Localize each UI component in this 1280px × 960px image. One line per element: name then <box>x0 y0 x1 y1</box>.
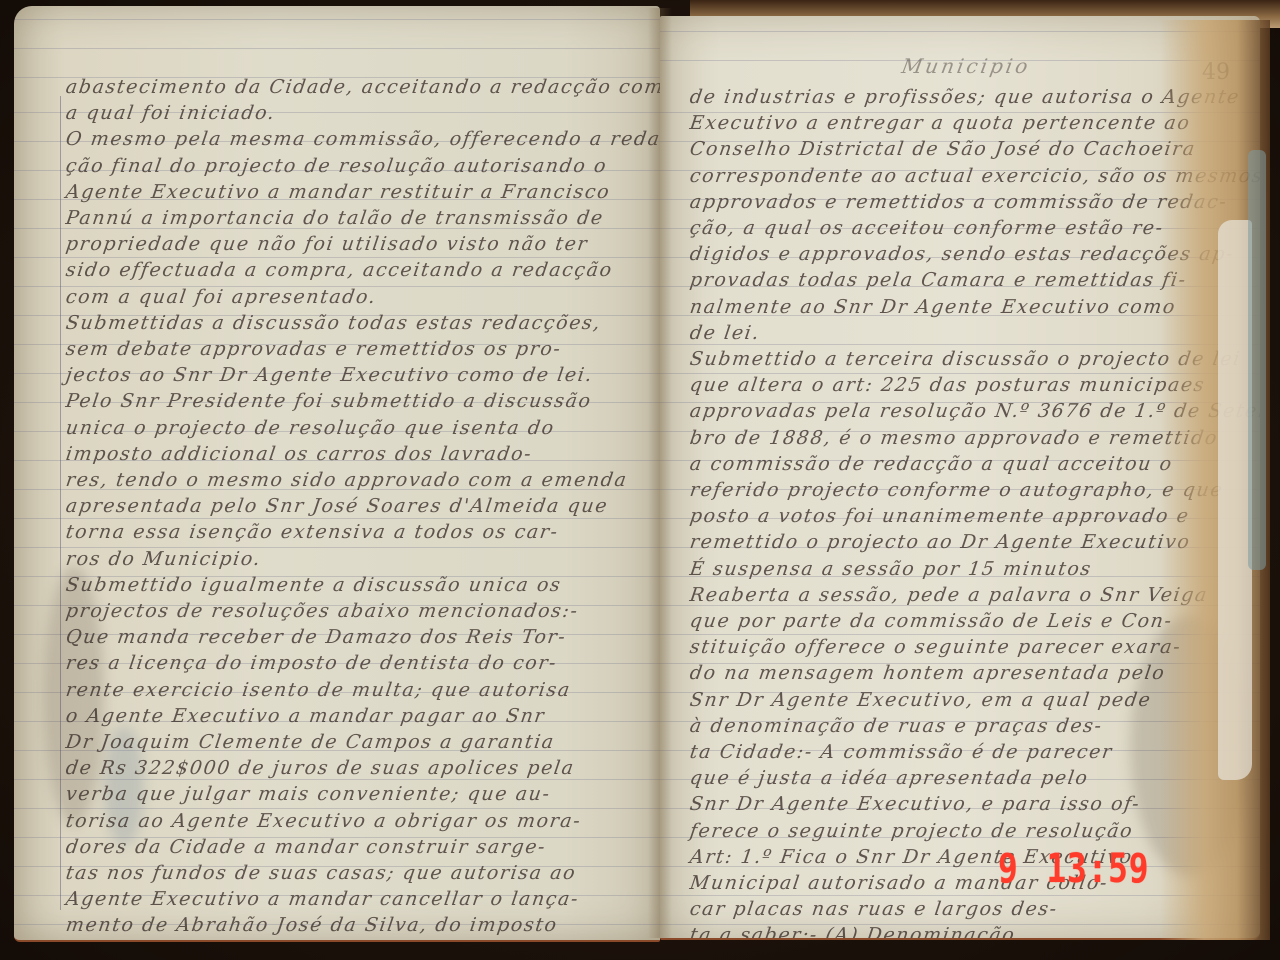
camera-timestamp: 913:59 <box>998 846 1149 892</box>
handwritten-line: de Rs 322$000 de juros de suas apolices … <box>64 757 576 779</box>
handwritten-line: bro de 1888, é o mesmo approvado e remet… <box>688 427 1219 449</box>
handwritten-line: ta a saber:- (A) Denominação <box>688 924 1016 940</box>
handwritten-line: Snr Dr Agente Executivo, e para isso of- <box>688 793 1141 815</box>
handwritten-line: stituição offerece o seguinte parecer ex… <box>688 636 1182 658</box>
book-spine <box>648 8 672 938</box>
blue-underlayer <box>1248 150 1266 570</box>
handwritten-line: do na mensagem hontem apresentada pelo <box>688 662 1166 684</box>
handwritten-line: com a qual foi apresentado. <box>64 286 378 308</box>
handwritten-line: que é justa a idéa apresentada pelo <box>688 767 1090 789</box>
handwritten-line: Pelo Snr Presidente foi submettido a dis… <box>64 390 593 412</box>
handwritten-line: Que manda receber de Damazo dos Reis Tor… <box>64 626 567 648</box>
handwritten-line: Submettidas a discussão todas estas reda… <box>64 312 602 334</box>
handwritten-line: a commissão de redacção a qual acceitou … <box>688 453 1174 475</box>
torn-paper-edge <box>1218 220 1252 780</box>
handwritten-line: projectos de resoluções abaixo mencionad… <box>64 600 580 622</box>
handwritten-line: res a licença do imposto de dentista do … <box>64 652 558 674</box>
handwritten-line: que por parte da commissão de Leis e Con… <box>688 610 1174 632</box>
handwritten-line: provadas todas pela Camara e remettidas … <box>688 269 1188 291</box>
handwritten-line: car placas nas ruas e largos des- <box>688 898 1059 920</box>
handwritten-line: à denominação de ruas e praças des- <box>688 715 1104 737</box>
handwritten-line: ção final do projecto de resolução autor… <box>64 155 608 177</box>
handwritten-line: Conselho Districtal de São José do Cacho… <box>688 138 1197 160</box>
handwritten-line: Executivo a entregar a quota pertencente… <box>688 112 1192 134</box>
handwritten-line: digidos e approvados, sendo estas redacç… <box>688 243 1235 265</box>
handwritten-line: sem debate approvadas e remettidos os pr… <box>64 338 563 360</box>
handwritten-line: sido effectuada a compra, acceitando a r… <box>64 259 614 281</box>
handwritten-line: dores da Cidade a mandar construir sarge… <box>64 836 547 858</box>
handwritten-line: o Agente Executivo a mandar pagar ao Snr <box>64 705 546 727</box>
handwritten-line: apresentada pelo Snr José Soares d'Almei… <box>64 495 609 517</box>
left-page: abastecimento da Cidade, acceitando a re… <box>14 6 660 942</box>
handwritten-line: verba que julgar mais conveniente; que a… <box>64 783 552 805</box>
handwritten-line: torisa ao Agente Executivo a obrigar os … <box>64 810 582 832</box>
handwritten-line: É suspensa a sessão por 15 minutos <box>688 558 1093 580</box>
handwritten-line: nalmente ao Snr Dr Agente Executivo como <box>688 296 1177 318</box>
handwritten-line: que altera o art: 225 das posturas munic… <box>688 374 1206 396</box>
handwritten-line: ção, a qual os acceitou conforme estão r… <box>688 217 1165 239</box>
handwritten-line: Agente Executivo a mandar restituir a Fr… <box>64 181 611 203</box>
handwritten-line: unica o projecto de resolução que isenta… <box>64 417 556 439</box>
handwritten-line: Submettido igualmente a discussão unica … <box>64 574 563 596</box>
handwritten-line: Reaberta a sessão, pede a palavra o Snr … <box>688 584 1209 606</box>
handwritten-line: Pannú a importancia do talão de transmis… <box>64 207 605 229</box>
handwritten-line: abastecimento da Cidade, acceitando a re… <box>64 76 660 98</box>
handwritten-line: Dr Joaquim Clemente de Campos a garantia <box>64 731 556 753</box>
handwritten-line: de industrias e profissões; que autorisa… <box>688 86 1241 108</box>
handwritten-line: imposto addicional os carros dos lavrado… <box>64 443 533 465</box>
handwritten-line: res, tendo o mesmo sido approvado com a … <box>64 469 629 491</box>
handwritten-line: ros do Municipio. <box>64 548 262 570</box>
handwritten-line: a qual foi iniciado. <box>64 102 277 124</box>
handwritten-line: tas nos fundos de suas casas; que autori… <box>64 862 577 884</box>
handwritten-line: remettido o projecto ao Dr Agente Execut… <box>688 531 1192 553</box>
handwritten-line: de lei. <box>688 322 761 344</box>
handwritten-line: propriedade que não foi utilisado visto … <box>64 233 589 255</box>
timestamp-time: 13:59 <box>1046 846 1149 892</box>
handwritten-line: referido projecto conforme o autographo,… <box>688 479 1224 501</box>
timestamp-day: 9 <box>998 846 1019 892</box>
handwritten-line: torna essa isenção extensiva a todos os … <box>64 521 560 543</box>
page-header-word: Municipio <box>900 54 1033 78</box>
handwritten-line: Agente Executivo a mandar cancellar o la… <box>64 888 580 910</box>
handwritten-line: approvados e remettidos a commissão de r… <box>688 191 1229 213</box>
handwritten-line: rente exercicio isento de multa; que aut… <box>64 679 572 701</box>
handwritten-line: ferece o seguinte projecto de resolução <box>688 820 1134 842</box>
handwritten-line: ta Cidade:- A commissão é de parecer <box>688 741 1114 763</box>
handwritten-line: Snr Dr Agente Executivo, em a qual pede <box>688 689 1153 711</box>
handwritten-line: posto a votos foi unanimemente approvado… <box>688 505 1191 527</box>
handwritten-line: O mesmo pela mesma commissão, offerecend… <box>64 128 660 150</box>
handwritten-line: jectos ao Snr Dr Agente Executivo como d… <box>64 364 594 386</box>
handwritten-line: mento de Abrahão José da Silva, do impos… <box>64 914 559 936</box>
